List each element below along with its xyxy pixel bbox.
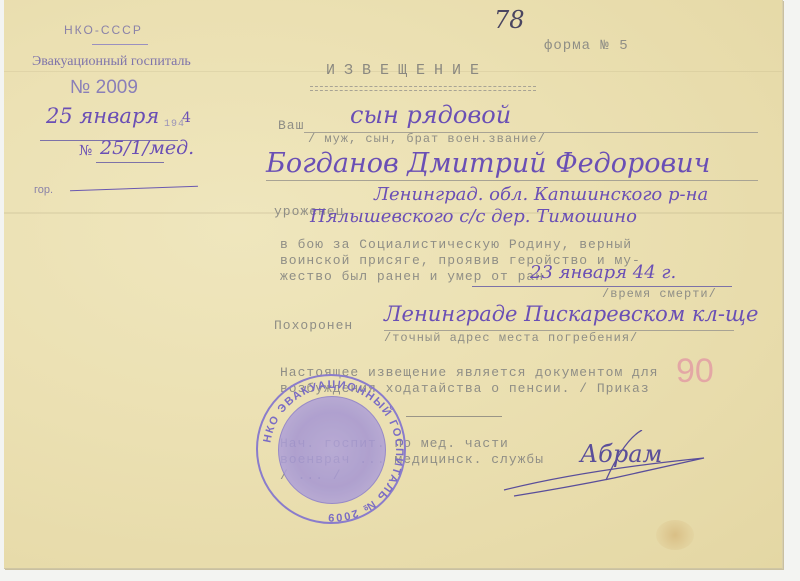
seal-ring-text: НКО ЭВАКУАЦИОННЫЙ ГОСПИТАЛЬ № 2009 xyxy=(258,376,408,526)
title-underline xyxy=(310,90,536,92)
signature-flourish xyxy=(494,430,734,500)
death-date-hint: /время смерти/ xyxy=(602,287,717,301)
ref-handwritten: 25/1/мед. xyxy=(100,137,194,159)
svg-text:НКО ЭВАКУАЦИОННЫЙ ГОСПИТАЛЬ №: НКО ЭВАКУАЦИОННЫЙ ГОСПИТАЛЬ № 2009 xyxy=(261,379,405,523)
ref-underline xyxy=(96,162,164,163)
city-label: гор. xyxy=(34,184,53,196)
paper-stain xyxy=(656,520,694,550)
page-number: 78 xyxy=(494,6,525,34)
native-line1: Ленинград. обл. Капшинского р-на xyxy=(374,184,708,205)
buried-label: Похоронен xyxy=(274,318,353,333)
salutation: Ваш xyxy=(278,118,304,133)
blank-line xyxy=(406,416,502,417)
name-line xyxy=(266,180,758,181)
stamp-divider xyxy=(92,44,148,45)
red-mark: 90 xyxy=(676,352,714,391)
native-line2: Пялышевского с/с дер. Тимошино xyxy=(310,206,637,227)
stamp-org: НКО-СССР xyxy=(64,23,143,37)
relation-handwritten: сын рядовой xyxy=(350,101,511,129)
date-handwritten: 25 января xyxy=(46,104,159,128)
stamp-number: № 2009 xyxy=(70,77,138,99)
death-date-handwritten: 23 января 44 г. xyxy=(530,262,676,283)
form-label: форма № 5 xyxy=(544,38,629,54)
year-handwritten: 4 xyxy=(182,110,191,126)
round-seal: НКО ЭВАКУАЦИОННЫЙ ГОСПИТАЛЬ № 2009 xyxy=(256,374,406,524)
city-line xyxy=(70,186,198,191)
burial-hint: /точный адрес места погребения/ xyxy=(384,331,638,345)
title-underline xyxy=(310,86,536,88)
body-line1: в бою за Социалистическую Родину, верный xyxy=(280,237,632,252)
burial-place-handwritten: Ленинграде Пискаревском кл-ще xyxy=(384,302,758,326)
document-page: НКО-СССР Эвакуационный госпиталь № 2009 … xyxy=(4,0,783,569)
soldier-name: Богданов Дмитрий Федорович xyxy=(266,148,710,179)
document-title: ИЗВЕЩЕНИЕ xyxy=(326,62,488,79)
body-line3: жество был ранен и умер от ран xyxy=(280,269,544,284)
stamp-hospital: Эвакуационный госпиталь xyxy=(32,54,191,70)
relation-hint: / муж, сын, брат воен.звание/ xyxy=(308,132,546,146)
ref-prefix: № xyxy=(79,143,92,159)
